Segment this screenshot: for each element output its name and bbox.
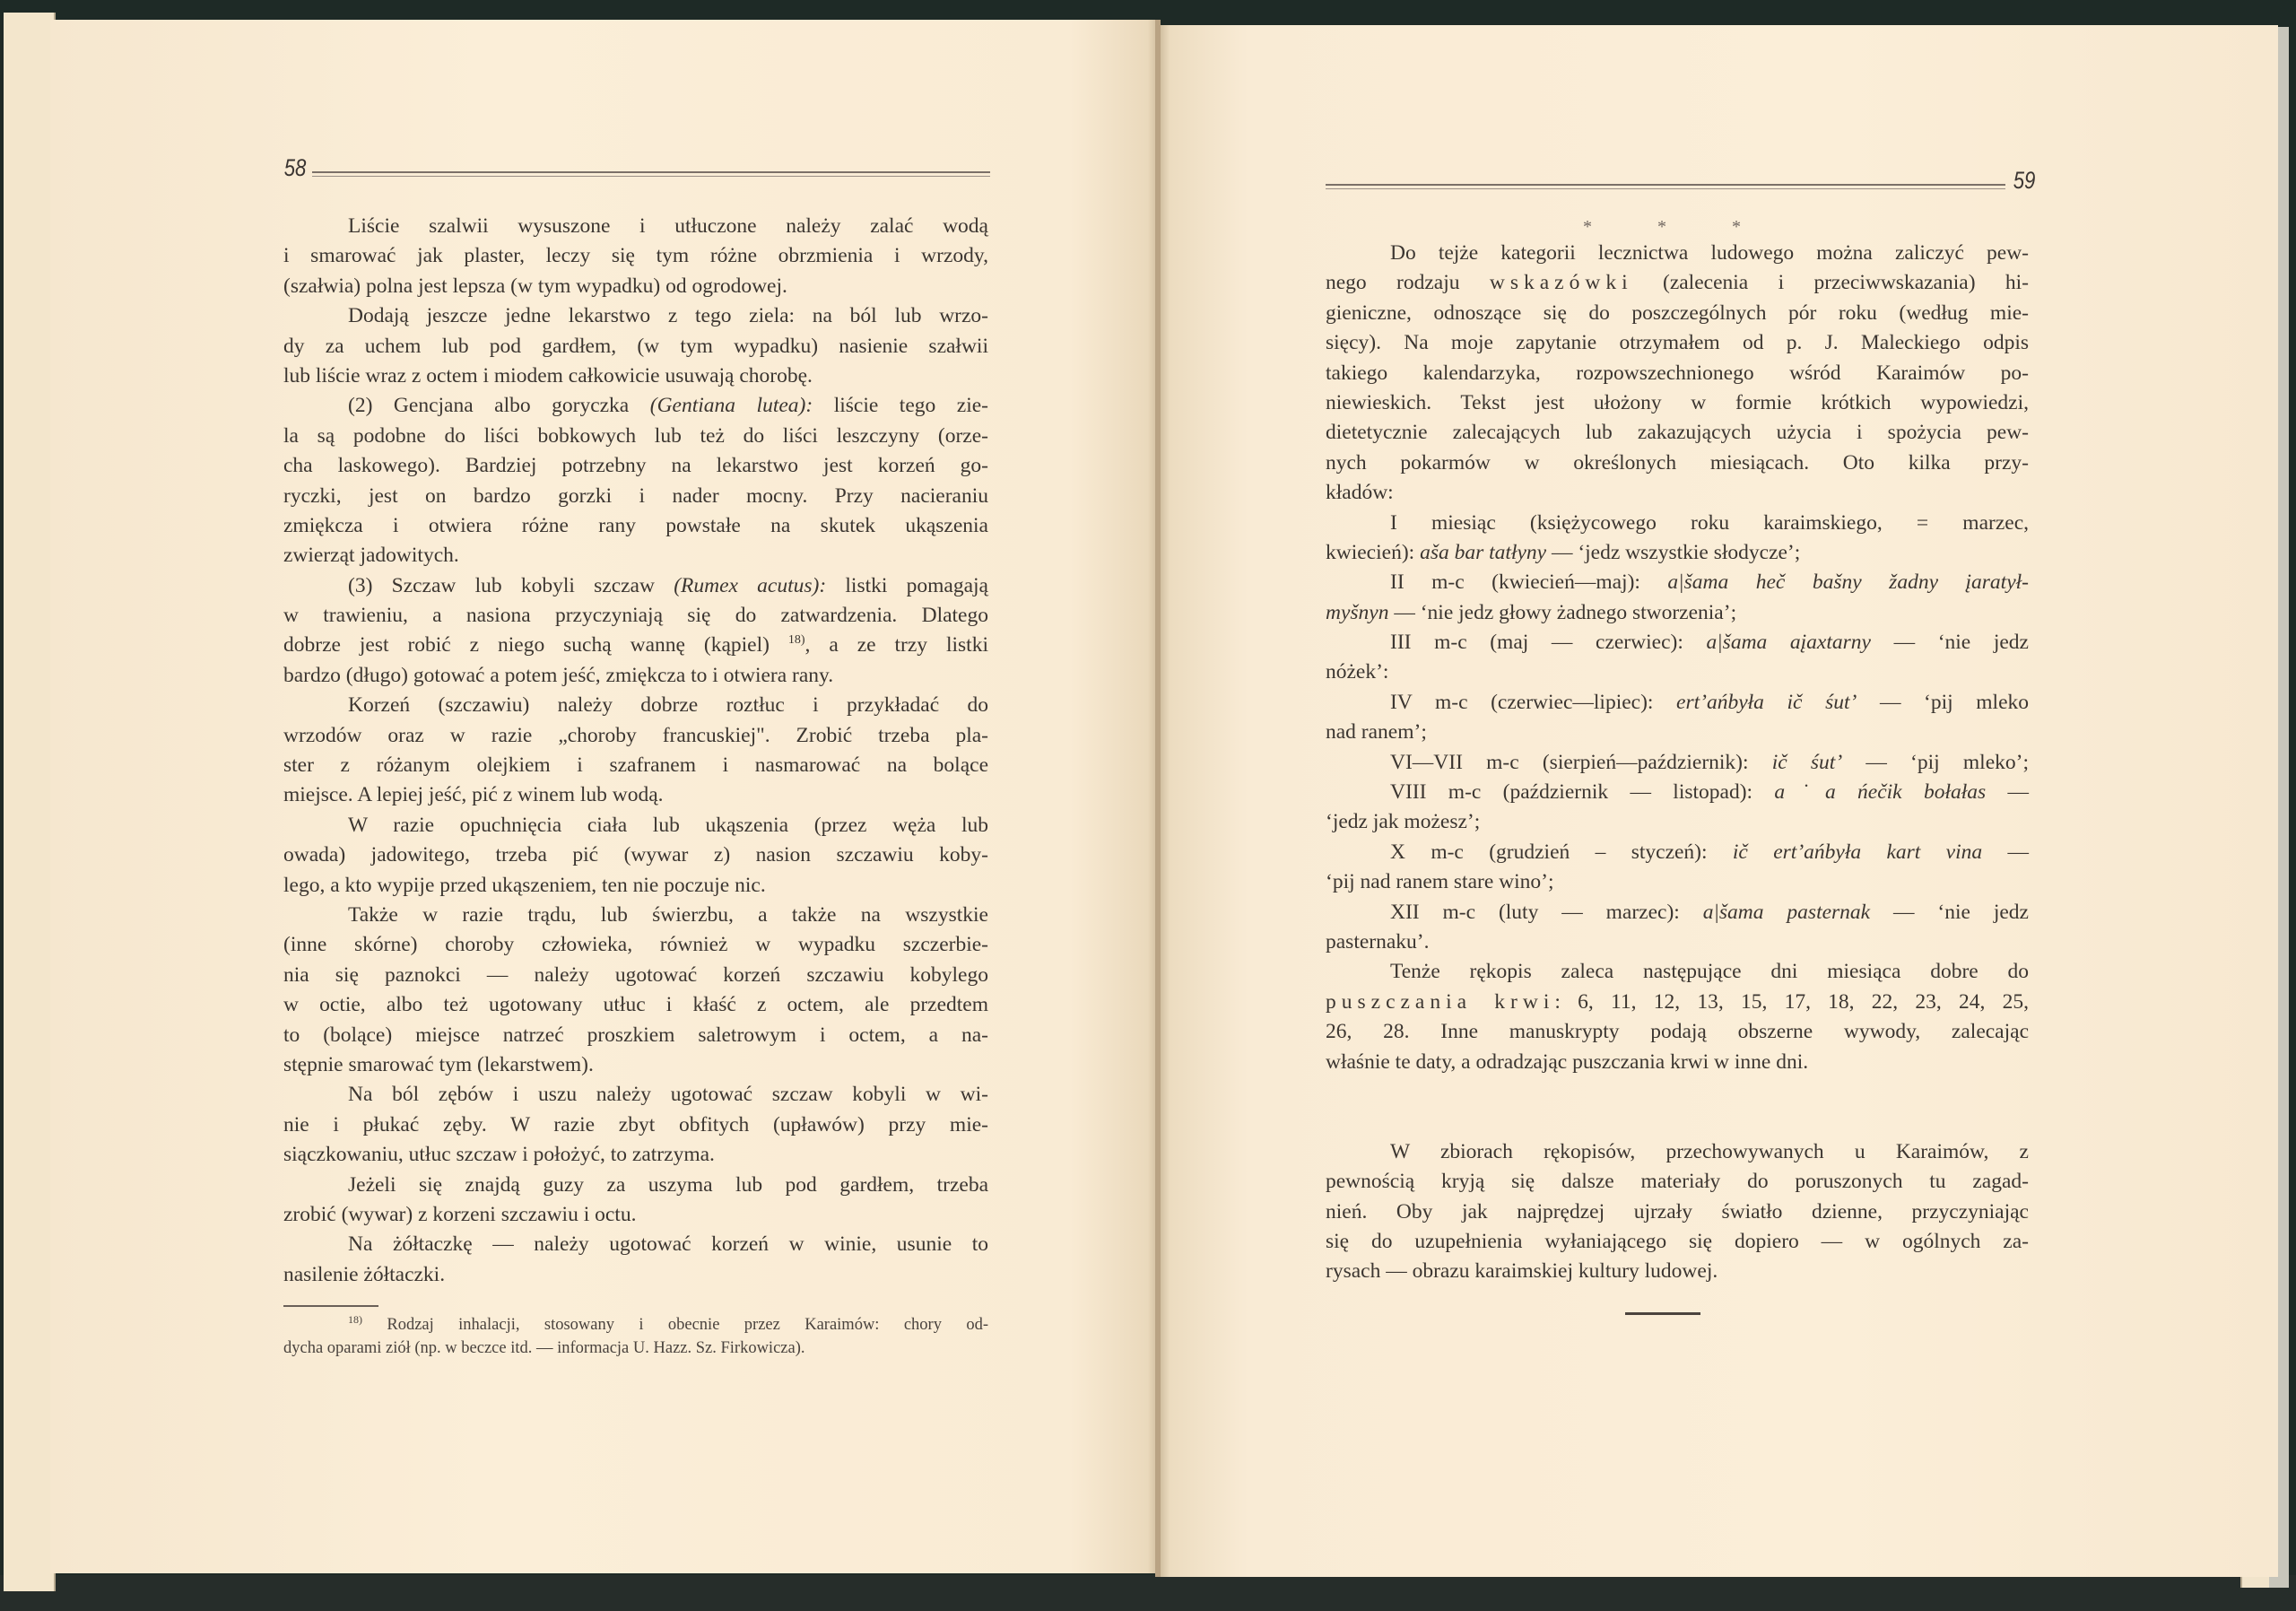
text-run: (2) Gencjana albo goryczka xyxy=(348,394,650,417)
text-run: bardzo (długo) gotować a potem jeść, zmi… xyxy=(283,664,833,687)
text-line: myšnyn — ‘nie jedz głowy żadnego stworze… xyxy=(1326,598,2029,628)
text-run: — ‘nie jedz xyxy=(1870,901,2029,924)
page-number-right: 59 xyxy=(2013,167,2036,195)
text-run: : 6, 11, 12, 13, 15, 17, 18, 22, 23, 24,… xyxy=(1554,990,2029,1014)
text-line: pewnością kryją się dalsze materiały do … xyxy=(1326,1167,2029,1197)
text-line: III m-c (maj — czerwiec): a|šama aįaxtar… xyxy=(1326,628,2029,657)
text-line: kwiecień): aša bar tatłyny — ‘jedz wszys… xyxy=(1326,538,2029,568)
italic-term: (Gentiana lutea): xyxy=(650,394,813,417)
body-text-left: Liście szalwii wysuszone i utłuczone nal… xyxy=(283,212,988,1290)
text-line: nego rodzaju wskazówki (zalecenia i prze… xyxy=(1326,268,2029,298)
spaced-emphasis: wskazówki xyxy=(1490,271,1633,294)
running-head-left: 58 xyxy=(282,154,990,182)
text-run: W zbiorach rękopisów, przechowywanych u … xyxy=(1390,1140,2029,1163)
text-line: Korzeń (szczawiu) należy dobrze roztłuc … xyxy=(283,691,988,720)
text-run: niewieskich. Tekst jest ułożony w formie… xyxy=(1326,391,2029,414)
text-line: Dodają jeszcze jedne lekarstwo z tego zi… xyxy=(283,301,988,331)
text-run: dy za uchem lub pod gardłem, (w tym wypa… xyxy=(283,335,988,358)
text-run: — xyxy=(1986,780,2029,804)
italic-term: a˙a ńečik bołałas xyxy=(1774,780,1986,804)
text-run: — xyxy=(1982,840,2029,864)
text-line: zmiękcza i otwiera różne rany powstałe n… xyxy=(283,511,988,541)
text-run: Do tejże kategorii lecznictwa ludowego m… xyxy=(1390,241,2029,265)
text-run: kwiecień): xyxy=(1326,541,1420,564)
text-run: to (bolące) miejsce natrzeć proszkiem sa… xyxy=(283,1023,988,1047)
text-line: (inne skórne) choroby człowieka, również… xyxy=(283,930,988,960)
text-run: nego rodzaju xyxy=(1326,271,1490,294)
footnote-separator xyxy=(283,1305,378,1307)
footnote: 18) Rodzaj inhalacji, stosowany i obecni… xyxy=(283,1313,988,1360)
text-run: II m-c (kwiecień—maj): xyxy=(1390,570,1667,594)
text-line: właśnie te daty, a odradzając puszczania… xyxy=(1326,1048,2029,1077)
page-number-left: 58 xyxy=(284,154,307,182)
text-line: nień. Oby jak najprędzej ujrzały światło… xyxy=(1326,1197,2029,1227)
text-line: W zbiorach rękopisów, przechowywanych u … xyxy=(1326,1137,2029,1167)
text-run: listki pomagają xyxy=(826,574,988,597)
text-line: VI—VII m-c (sierpień—październik): ič śu… xyxy=(1326,748,2029,778)
text-run: III m-c (maj — czerwiec): xyxy=(1390,631,1706,654)
text-run: ster z różanym olejkiem i szafranem i na… xyxy=(283,753,988,777)
text-line: ‘pij nad ranem stare wino’; xyxy=(1326,867,2029,897)
text-run: VIII m-c (październik — listopad): xyxy=(1390,780,1774,804)
text-line: I miesiąc (księżycowego roku karaimskieg… xyxy=(1326,509,2029,538)
text-line xyxy=(1326,1077,2029,1107)
text-line: w octie, albo też ugotowany utłuc i kłaś… xyxy=(283,990,988,1020)
text-line: nie i płukać zęby. W razie zbyt obfitych… xyxy=(283,1110,988,1140)
text-run: nóżek’: xyxy=(1326,660,1388,684)
header-rule xyxy=(1326,184,2005,189)
open-book: 58 Liście szalwii wysuszone i utłuczone … xyxy=(0,0,2296,1611)
text-run: właśnie te daty, a odradzając puszczania… xyxy=(1326,1050,1808,1074)
text-line xyxy=(1326,1107,2029,1136)
text-line: (szałwia) polna jest lepsza (w tym wypad… xyxy=(283,272,988,301)
text-line: II m-c (kwiecień—maj): a|šama heč bašny … xyxy=(1326,568,2029,597)
text-run: nych pokarmów w określonych miesiącach. … xyxy=(1326,451,2029,475)
text-run: Jeżeli się znajdą guzy za uszyma lub pod… xyxy=(348,1173,988,1197)
italic-term: a|šama pasternak xyxy=(1703,901,1870,924)
book-gutter xyxy=(1155,20,1161,1577)
italic-term: aša bar tatłyny xyxy=(1420,541,1546,564)
text-line: Na ból zębów i uszu należy ugotować szcz… xyxy=(283,1080,988,1110)
italic-term: myšnyn xyxy=(1326,601,1388,624)
text-line: niewieskich. Tekst jest ułożony w formie… xyxy=(1326,388,2029,418)
text-run: stępnie smarować tym (lekarstwem). xyxy=(283,1053,594,1076)
text-line: Na żółtaczkę — należy ugotować korzeń w … xyxy=(283,1230,988,1259)
text-run: się do uzupełnienia wyłaniającego się do… xyxy=(1326,1230,2029,1253)
text-run: dobrze jest robić z niego suchą wannę (k… xyxy=(283,633,788,657)
text-run: — ‘jedz wszystkie słodycze’; xyxy=(1546,541,1800,564)
header-rule xyxy=(312,171,990,177)
text-run: dietetycznie zalecających lub zakazujący… xyxy=(1326,421,2029,444)
text-run: — ‘nie jedz xyxy=(1871,631,2029,654)
text-run: Korzeń (szczawiu) należy dobrze roztłuc … xyxy=(348,693,988,717)
text-line: lego, a kto wypije przed ukąszeniem, ten… xyxy=(283,871,988,901)
text-run: Na ból zębów i uszu należy ugotować szcz… xyxy=(348,1083,988,1106)
running-head-right: 59 xyxy=(1326,167,2038,195)
text-line: Do tejże kategorii lecznictwa ludowego m… xyxy=(1326,239,2029,268)
text-run: siączkowaniu, utłuc szczaw i położyć, to… xyxy=(283,1143,715,1166)
text-line: ster z różanym olejkiem i szafranem i na… xyxy=(283,751,988,780)
text-line: 26, 28. Inne manuskrypty podają obszerne… xyxy=(1326,1017,2029,1047)
text-run: liście tego zie- xyxy=(813,394,988,417)
body-text-right: Do tejże kategorii lecznictwa ludowego m… xyxy=(1326,239,2029,1287)
text-line: (2) Gencjana albo goryczka (Gentiana lut… xyxy=(283,391,988,421)
text-run: gieniczne, odnoszące się do poszczególny… xyxy=(1326,301,2029,325)
text-run: takiego kalendarzyka, rozpowszechnionego… xyxy=(1326,361,2029,385)
text-run: w octie, albo też ugotowany utłuc i kłaś… xyxy=(283,993,988,1016)
text-line: miejsce. A lepiej jeść, pić z winem lub … xyxy=(283,780,988,810)
text-line: sięcy). Na moje zapytanie otrzymałem od … xyxy=(1326,328,2029,358)
text-line: nasilenie żółtaczki. xyxy=(283,1260,988,1290)
text-line: zrobić (wywar) z korzeni szczawiu i octu… xyxy=(283,1200,988,1230)
text-run: — ‘nie jedz głowy żadnego stworzenia’; xyxy=(1388,601,1736,624)
text-run: Liście szalwii wysuszone i utłuczone nal… xyxy=(348,214,988,238)
text-run: (3) Szczaw lub kobyli szczaw xyxy=(348,574,674,597)
text-line: nych pokarmów w określonych miesiącach. … xyxy=(1326,448,2029,478)
text-run: kładów: xyxy=(1326,481,1394,504)
text-run: — ‘pij mleko xyxy=(1857,691,2029,714)
text-run: zrobić (wywar) z korzeni szczawiu i octu… xyxy=(283,1203,636,1226)
text-run: (zalecenia i przeciwwskazania) hi- xyxy=(1633,271,2029,294)
text-line: ‘jedz jak możesz’; xyxy=(1326,807,2029,837)
text-run: la są podobne do liści bobkowych lub też… xyxy=(283,424,988,448)
text-line: dietetycznie zalecających lub zakazujący… xyxy=(1326,418,2029,448)
section-break-asterisks: * * * xyxy=(1326,217,2029,238)
text-run: nad ranem’; xyxy=(1326,720,1427,744)
text-run: X m-c (grudzień – styczeń): xyxy=(1390,840,1733,864)
italic-term: ert’ańbyła ič śut’ xyxy=(1676,691,1857,714)
text-line: Także w razie trądu, lub świerzbu, a tak… xyxy=(283,901,988,930)
text-line: VIII m-c (październik — listopad): a˙a ń… xyxy=(1326,778,2029,807)
text-run: — ‘pij mleko’; xyxy=(1842,751,2029,774)
text-line: cha laskowego). Bardziej potrzebny na le… xyxy=(283,451,988,481)
text-run: w trawieniu, a nasiona przyczyniają się … xyxy=(283,604,988,627)
text-run: zmiękcza i otwiera różne rany powstałe n… xyxy=(283,514,988,537)
text-line: i smarować jak plaster, leczy się tym ró… xyxy=(283,241,988,271)
text-line: stępnie smarować tym (lekarstwem). xyxy=(283,1050,988,1080)
text-run: Na żółtaczkę — należy ugotować korzeń w … xyxy=(348,1232,988,1256)
text-line: Liście szalwii wysuszone i utłuczone nal… xyxy=(283,212,988,241)
footnote-reference: 18) xyxy=(788,634,805,648)
book-cover-top xyxy=(0,0,2296,20)
text-run: rysach — obrazu karaimskiej kultury ludo… xyxy=(1326,1259,1718,1283)
text-run: i smarować jak plaster, leczy się tym ró… xyxy=(283,244,988,267)
text-run: (szałwia) polna jest lepsza (w tym wypad… xyxy=(283,274,787,298)
text-line: zwierząt jadowitych. xyxy=(283,541,988,570)
text-line: pasternaku’. xyxy=(1326,927,2029,957)
text-line: lub liście wraz z octem i miodem całkowi… xyxy=(283,361,988,391)
text-run: lub liście wraz z octem i miodem całkowi… xyxy=(283,364,813,388)
text-line: nia się paznokci — należy ugotować korze… xyxy=(283,961,988,990)
text-line: ryczki, jest on bardzo gorzki i nader mo… xyxy=(283,482,988,511)
text-line: W razie opuchnięcia ciała lub ukąszenia … xyxy=(283,811,988,840)
chapter-end-rule xyxy=(1625,1312,1700,1315)
text-run: owada) jadowitego, trzeba pić (wywar z) … xyxy=(283,843,988,866)
text-run: IV m-c (czerwiec—lipiec): xyxy=(1390,691,1676,714)
text-line: la są podobne do liści bobkowych lub też… xyxy=(283,422,988,451)
text-line: X m-c (grudzień – styczeń): ič ert’ańbył… xyxy=(1326,838,2029,867)
book-cover-bottom xyxy=(0,1575,2296,1611)
text-run: miejsce. A lepiej jeść, pić z winem lub … xyxy=(283,783,664,806)
text-line: takiego kalendarzyka, rozpowszechnionego… xyxy=(1326,359,2029,388)
text-line: w trawieniu, a nasiona przyczyniają się … xyxy=(283,601,988,631)
italic-term: a|šama heč bašny žadny įaratył- xyxy=(1667,570,2029,594)
text-run: nień. Oby jak najprędzej ujrzały światło… xyxy=(1326,1200,2029,1223)
text-line: dy za uchem lub pod gardłem, (w tym wypa… xyxy=(283,332,988,361)
text-run: XII m-c (luty — marzec): xyxy=(1390,901,1703,924)
text-line: kładów: xyxy=(1326,478,2029,508)
text-run: cha laskowego). Bardziej potrzebny na le… xyxy=(283,454,988,477)
page-stack-left xyxy=(0,13,54,1591)
text-run: Dodają jeszcze jedne lekarstwo z tego zi… xyxy=(348,304,988,327)
footnote-line: dycha oparami ziół (np. w beczce itd. — … xyxy=(283,1337,988,1360)
text-run: zwierząt jadowitych. xyxy=(283,544,459,567)
text-run: ‘pij nad ranem stare wino’; xyxy=(1326,870,1554,893)
text-line: rysach — obrazu karaimskiej kultury ludo… xyxy=(1326,1257,2029,1286)
text-run: I miesiąc (księżycowego roku karaimskieg… xyxy=(1390,511,2029,535)
text-line: gieniczne, odnoszące się do poszczególny… xyxy=(1326,299,2029,328)
text-line: XII m-c (luty — marzec): a|šama pasterna… xyxy=(1326,898,2029,927)
text-line: owada) jadowitego, trzeba pić (wywar z) … xyxy=(283,840,988,870)
text-run: VI—VII m-c (sierpień—październik): xyxy=(1390,751,1772,774)
text-line: IV m-c (czerwiec—lipiec): ert’ańbyła ič … xyxy=(1326,688,2029,718)
text-run: (inne skórne) choroby człowieka, również… xyxy=(283,933,988,956)
text-line: to (bolące) miejsce natrzeć proszkiem sa… xyxy=(283,1021,988,1050)
text-run: 26, 28. Inne manuskrypty podają obszerne… xyxy=(1326,1020,2029,1043)
text-line: dobrze jest robić z niego suchą wannę (k… xyxy=(283,631,988,660)
text-run: ryczki, jest on bardzo gorzki i nader mo… xyxy=(283,484,988,508)
text-line: bardzo (długo) gotować a potem jeść, zmi… xyxy=(283,661,988,691)
text-run: lego, a kto wypije przed ukąszeniem, ten… xyxy=(283,874,766,897)
text-run: sięcy). Na moje zapytanie otrzymałem od … xyxy=(1326,331,2029,354)
text-line: się do uzupełnienia wyłaniającego się do… xyxy=(1326,1227,2029,1257)
text-run: wrzodów oraz w razie „choroby francuskie… xyxy=(283,724,988,747)
text-run: nia się paznokci — należy ugotować korze… xyxy=(283,963,988,987)
text-run: ‘jedz jak możesz’; xyxy=(1326,810,1480,833)
text-line: Tenże rękopis zaleca następujące dni mie… xyxy=(1326,957,2029,987)
italic-term: (Rumex acutus): xyxy=(674,574,826,597)
italic-term: ič śut’ xyxy=(1772,751,1842,774)
text-line: siączkowaniu, utłuc szczaw i położyć, to… xyxy=(283,1140,988,1170)
text-run: nie i płukać zęby. W razie zbyt obfitych… xyxy=(283,1113,988,1136)
text-line: nad ranem’; xyxy=(1326,718,2029,747)
italic-term: ič ert’ańbyła kart vina xyxy=(1733,840,1982,864)
italic-term: a|šama aįaxtarny xyxy=(1706,631,1871,654)
footnote-line: Rodzaj inhalacji, stosowany i obecnie pr… xyxy=(362,1316,988,1334)
text-line: Jeżeli się znajdą guzy za uszyma lub pod… xyxy=(283,1171,988,1200)
text-run: Także w razie trądu, lub świerzbu, a tak… xyxy=(348,903,988,927)
text-run: Tenże rękopis zaleca następujące dni mie… xyxy=(1390,960,2029,983)
spaced-emphasis: puszczania krwi xyxy=(1326,990,1554,1014)
footnote-marker: 18) xyxy=(348,1313,362,1326)
text-line: (3) Szczaw lub kobyli szczaw (Rumex acut… xyxy=(283,571,988,601)
text-line: puszczania krwi: 6, 11, 12, 13, 15, 17, … xyxy=(1326,988,2029,1017)
text-run: pewnością kryją się dalsze materiały do … xyxy=(1326,1170,2029,1193)
text-run: W razie opuchnięcia ciała lub ukąszenia … xyxy=(348,814,988,837)
text-line: wrzodów oraz w razie „choroby francuskie… xyxy=(283,721,988,751)
text-run: , a ze trzy listki xyxy=(805,633,988,657)
text-run: nasilenie żółtaczki. xyxy=(283,1263,445,1286)
text-run: pasternaku’. xyxy=(1326,930,1430,954)
text-line: nóżek’: xyxy=(1326,657,2029,687)
